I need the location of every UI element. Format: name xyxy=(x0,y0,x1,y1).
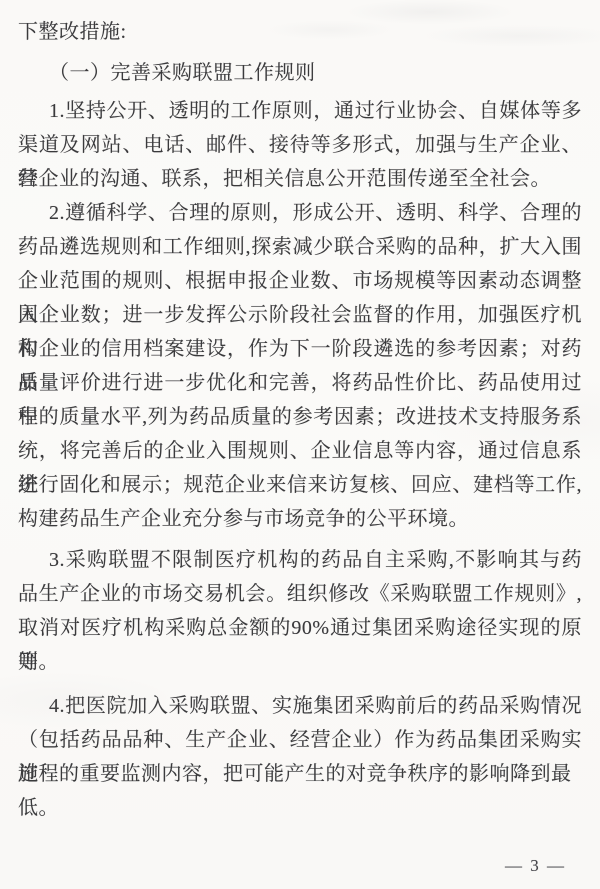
document-line: 质量评价进行进一步优化和完善，将药品性价比、药品使用过程 xyxy=(18,366,582,400)
document-line: （包括药品品种、生产企业、经营企业）作为药品集团采购实施 xyxy=(18,723,582,757)
document-line: 围企业数；进一步发挥公示阶段社会监督的作用，加强医疗机构 xyxy=(18,298,582,332)
document-line: 取消对医疗机构采购总金额的90%通过集团采购途径实现的原则 xyxy=(18,611,582,645)
document-line: 进行固化和展示；规范企业来信来访复核、回应、建档等工作, xyxy=(18,468,582,502)
document-line: 品生产企业的市场交易机会。组织修改《采购联盟工作规则》, xyxy=(18,577,582,611)
document-line: 2.遵循科学、合理的原则，形成公开、透明、科学、合理的 xyxy=(18,196,582,230)
document-line: 构建药品生产企业充分参与市场竞争的公平环境。 xyxy=(18,502,582,536)
document-line: 1.坚持公开、透明的工作原则，通过行业协会、自媒体等多 xyxy=(18,94,582,128)
document-line: 低。 xyxy=(18,791,582,825)
document-line: 等。 xyxy=(18,645,582,679)
document-line: 企业范围的规则、根据申报企业数、市场规模等因素动态调整入 xyxy=(18,264,582,298)
document-line: 中的质量水平,列为药品质量的参考因素；改进技术支持服务系 xyxy=(18,400,582,434)
document-page: 下整改措施: （一）完善采购联盟工作规则 1.坚持公开、透明的工作原则，通过行业… xyxy=(0,0,600,889)
document-line: 4.把医院加入采购联盟、实施集团采购前后的药品采购情况 xyxy=(18,689,582,723)
document-line: 营企业的沟通、联系，把相关信息公开范围传递至全社会。 xyxy=(18,162,582,196)
section-heading: （一）完善采购联盟工作规则 xyxy=(18,56,582,90)
document-line: 下整改措施: xyxy=(18,15,582,49)
document-line: 3.采购联盟不限制医疗机构的药品自主采购,不影响其与药 xyxy=(18,543,582,577)
document-line: 药品遴选规则和工作细则,探索减少联合采购的品种，扩大入围 xyxy=(18,230,582,264)
page-number: — 3 — xyxy=(505,856,566,876)
document-line: 过程的重要监测内容，把可能产生的对竞争秩序的影响降到最 xyxy=(18,757,582,791)
document-line: 和企业的信用档案建设，作为下一阶段遴选的参考因素；对药品 xyxy=(18,332,582,366)
document-line: 渠道及网站、电话、邮件、接待等多形式，加强与生产企业、经 xyxy=(18,128,582,162)
document-line: 统，将完善后的企业入围规则、企业信息等内容，通过信息系统 xyxy=(18,434,582,468)
